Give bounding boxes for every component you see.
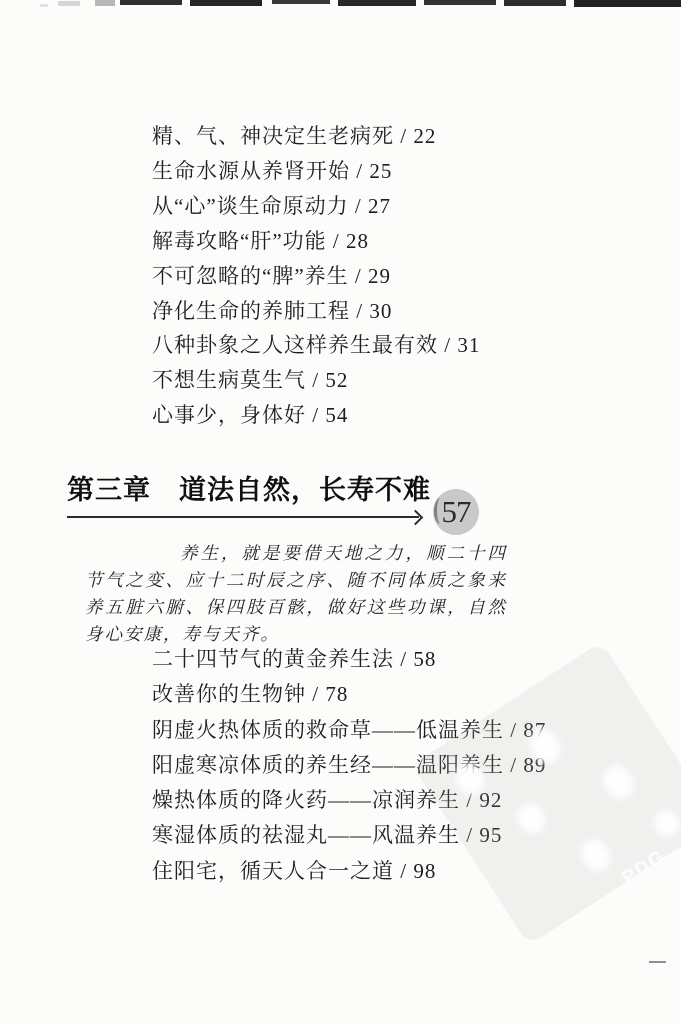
scan-artifact — [95, 0, 115, 6]
chapter-page-badge: 57 — [433, 489, 479, 535]
toc-entry: 不可忽略的“脾”养生 / 29 — [152, 259, 480, 294]
scan-artifact — [338, 0, 416, 6]
scan-artifact — [40, 4, 48, 7]
toc-entry: 净化生命的养肺工程 / 30 — [152, 294, 480, 329]
toc-entry: 精、气、神决定生老病死 / 22 — [152, 119, 480, 154]
toc-entry: 寒湿体质的祛湿丸——风温养生 / 95 — [152, 818, 546, 853]
arrow-right-icon — [408, 510, 424, 526]
watermark-glyph-blob — [576, 835, 615, 876]
scan-artifact-dash — [649, 961, 666, 963]
chapter-page-number: 57 — [442, 494, 471, 530]
toc-entry: 不想生病莫生气 / 52 — [152, 363, 480, 398]
toc-entry: 心事少，身体好 / 54 — [152, 398, 480, 433]
watermark-glyph-blob — [597, 760, 639, 804]
toc-entry: 住阳宅，循天人合一之道 / 98 — [152, 854, 546, 889]
toc-entry: 燥热体质的降火药——凉润养生 / 92 — [152, 783, 546, 818]
scan-artifact — [504, 0, 566, 6]
chapter-intro: 养生，就是要借天地之力，顺二十四节气之变、应十二时辰之序、随不同体质之象来养五脏… — [85, 540, 507, 648]
toc-entry: 改善你的生物钟 / 78 — [152, 677, 546, 712]
scan-artifact — [190, 0, 262, 6]
toc-entry: 二十四节气的黄金养生法 / 58 — [152, 642, 546, 677]
arrow-line — [67, 516, 419, 518]
toc-section-1: 精、气、神决定生老病死 / 22 生命水源从养肾开始 / 25 从“心”谈生命原… — [152, 119, 480, 433]
book-toc-page: 精、气、神决定生老病死 / 22 生命水源从养肾开始 / 25 从“心”谈生命原… — [0, 0, 681, 1024]
chapter-heading: 第三章 道法自然，长寿不难 — [67, 468, 431, 507]
toc-entry: 解毒攻略“肝”功能 / 28 — [152, 224, 480, 259]
toc-entry: 生命水源从养肾开始 / 25 — [152, 154, 480, 189]
toc-section-2: 二十四节气的黄金养生法 / 58 改善你的生物钟 / 78 阴虚火热体质的救命草… — [152, 642, 546, 889]
watermark-pdg-label: PDG — [619, 846, 671, 890]
toc-entry: 阴虚火热体质的救命草——低温养生 / 87 — [152, 713, 546, 748]
toc-entry: 从“心”谈生命原动力 / 27 — [152, 189, 480, 224]
toc-entry: 八种卦象之人这样养生最有效 / 31 — [152, 328, 480, 363]
scan-artifact — [424, 0, 496, 5]
scan-artifact — [120, 0, 182, 5]
toc-entry: 阳虚寒凉体质的养生经——温阳养生 / 89 — [152, 748, 546, 783]
watermark-glyph-blob — [650, 806, 681, 841]
scan-artifact — [272, 0, 330, 4]
scan-artifact — [58, 1, 80, 6]
scan-artifact — [574, 0, 681, 7]
